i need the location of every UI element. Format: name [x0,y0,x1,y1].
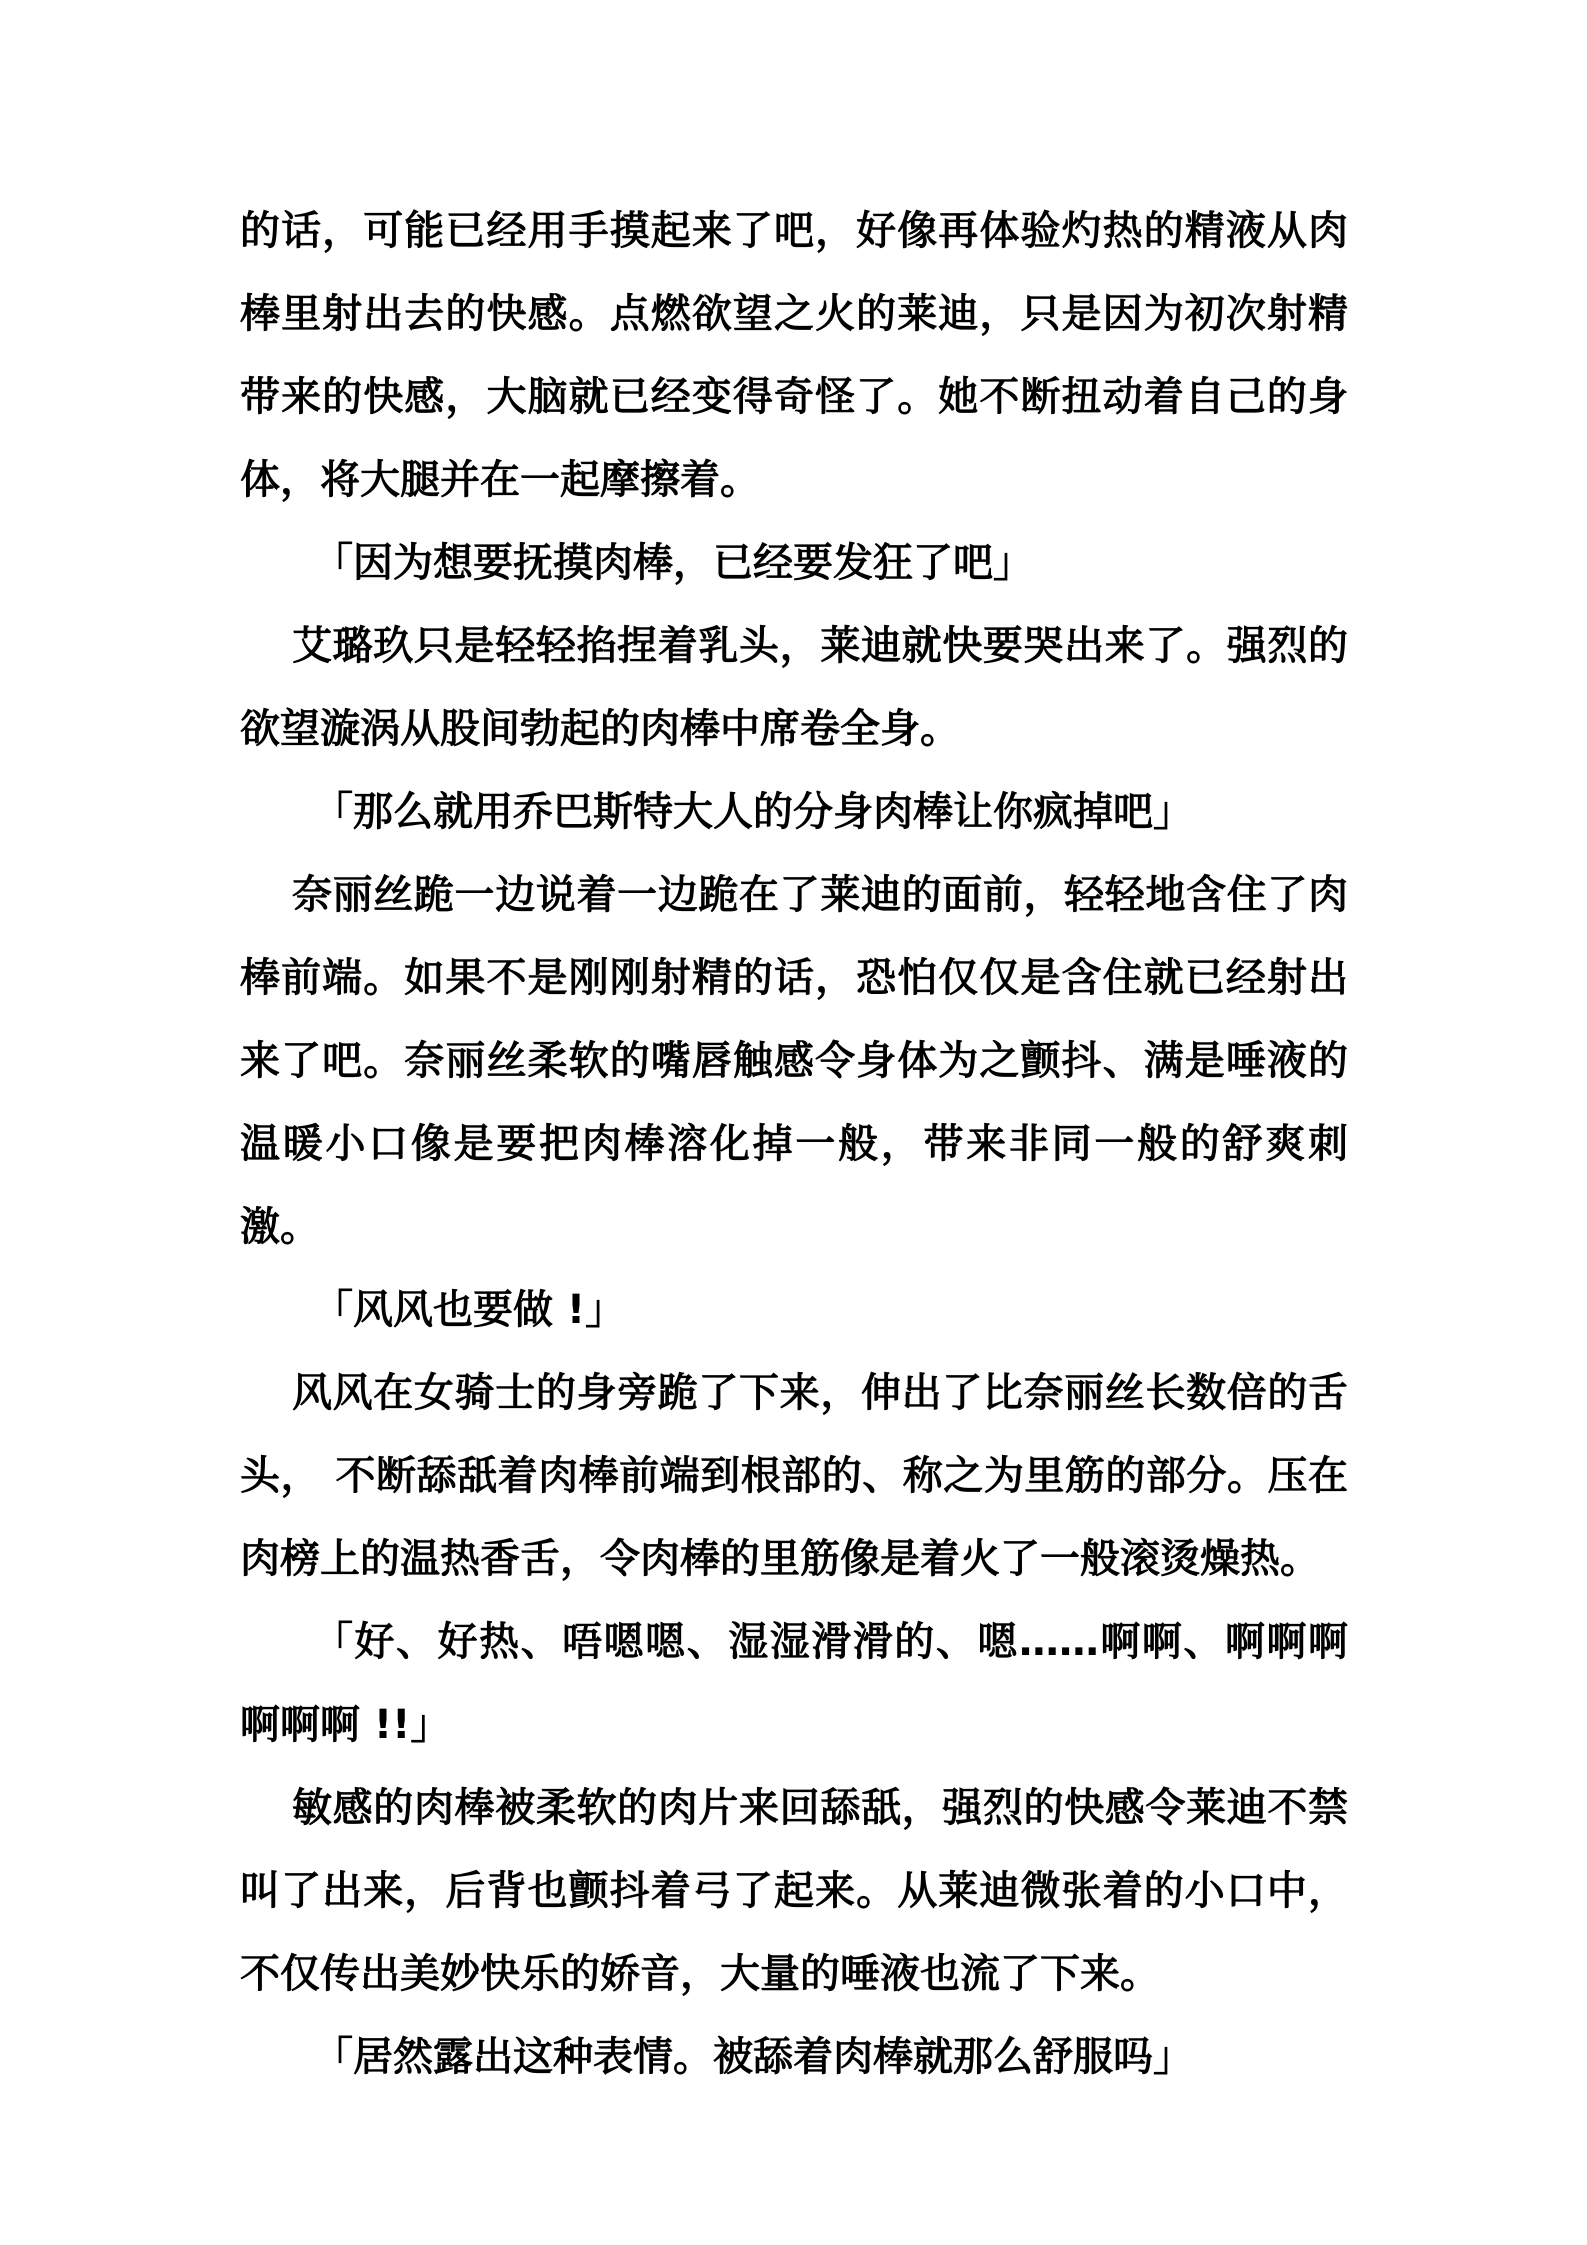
paragraph-narration: 风风在女骑士的身旁跪了下来，伸出了比奈丽丝长数倍的舌头， 不断舔舐着肉棒前端到根… [240,1352,1348,1601]
paragraph-dialogue: 「好、好热、唔嗯嗯、湿湿滑滑的、嗯……啊啊、啊啊啊啊啊啊 !!」 [240,1601,1348,1767]
paragraph-narration: 艾璐玖只是轻轻掐捏着乳头，莱迪就快要哭出来了。强烈的欲望漩涡从股间勃起的肉棒中席… [240,605,1348,771]
paragraph-dialogue: 「居然露出这种表情。被舔着肉棒就那么舒服吗」 [240,2016,1348,2099]
paragraph-narration: 奈丽丝跪一边说着一边跪在了莱迪的面前，轻轻地含住了肉棒前端。如果不是刚刚射精的话… [240,854,1348,1269]
paragraph-narration: 敏感的肉棒被柔软的肉片来回舔舐，强烈的快感令莱迪不禁叫了出来，后背也颤抖着弓了起… [240,1767,1348,2016]
paragraph-continuation: 的话，可能已经用手摸起来了吧，好像再体验灼热的精液从肉棒里射出去的快感。点燃欲望… [240,190,1348,522]
paragraph-dialogue: 「那么就用乔巴斯特大人的分身肉棒让你疯掉吧」 [240,771,1348,854]
paragraph-dialogue: 「风风也要做 !」 [240,1269,1348,1352]
document-body: 的话，可能已经用手摸起来了吧，好像再体验灼热的精液从肉棒里射出去的快感。点燃欲望… [240,190,1348,2099]
paragraph-dialogue: 「因为想要抚摸肉棒，已经要发狂了吧」 [240,522,1348,605]
document-page: 的话，可能已经用手摸起来了吧，好像再体验灼热的精液从肉棒里射出去的快感。点燃欲望… [0,0,1587,2245]
